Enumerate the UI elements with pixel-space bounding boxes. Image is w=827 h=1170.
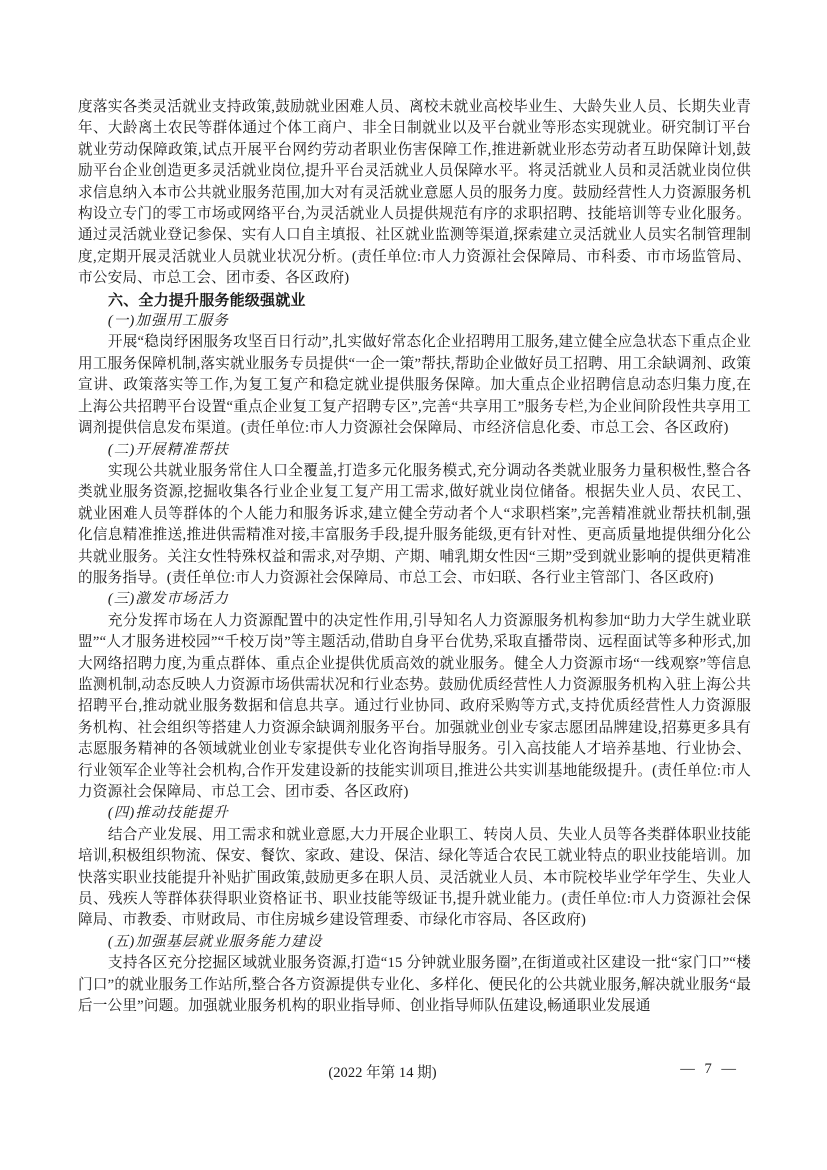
page-body: 度落实各类灵活就业支持政策,鼓励就业困难人员、离校未就业高校毕业生、大龄失业人员… [78,97,751,1017]
subsection-4-body: 结合产业发展、用工需求和就业意愿,大力开展企业职工、转岗人员、失业人员等各类群体… [78,825,751,932]
section-heading: 六、全力提升服务能级强就业 [78,290,751,311]
footer-issue-label: (2022 年第 14 期) [46,1061,719,1082]
subsection-5-body: 支持各区充分挖掘区域就业服务资源,打造“15 分钟就业服务圈”,在街道或社区建设… [78,953,751,1017]
subsection-4-title: (四)推动技能提升 [78,803,751,824]
subsection-5-title: (五)加强基层就业服务能力建设 [78,932,751,953]
continuation-paragraph: 度落实各类灵活就业支持政策,鼓励就业困难人员、离校未就业高校毕业生、大龄失业人员… [78,97,751,290]
subsection-1-body: 开展“稳岗纾困服务攻坚百日行动”,扎实做好常态化企业招聘用工服务,建立健全应急状… [78,332,751,439]
subsection-2-body: 实现公共就业服务常住人口全覆盖,打造多元化服务模式,充分调动各类就业服务力量积极… [78,461,751,589]
subsection-2-title: (二)开展精准帮扶 [78,440,751,461]
subsection-3-body: 充分发挥市场在人力资源配置中的决定性作用,引导知名人力资源服务机构参加“助力大学… [78,611,751,804]
subsection-1-title: (一)加强用工服务 [78,311,751,332]
page-footer: (2022 年第 14 期) — 7 — [78,1061,751,1083]
document-page: 度落实各类灵活就业支持政策,鼓励就业困难人员、离校未就业高校毕业生、大龄失业人员… [0,0,827,1170]
footer-page-number: — 7 — [680,1061,739,1078]
subsection-3-title: (三)激发市场活力 [78,589,751,610]
